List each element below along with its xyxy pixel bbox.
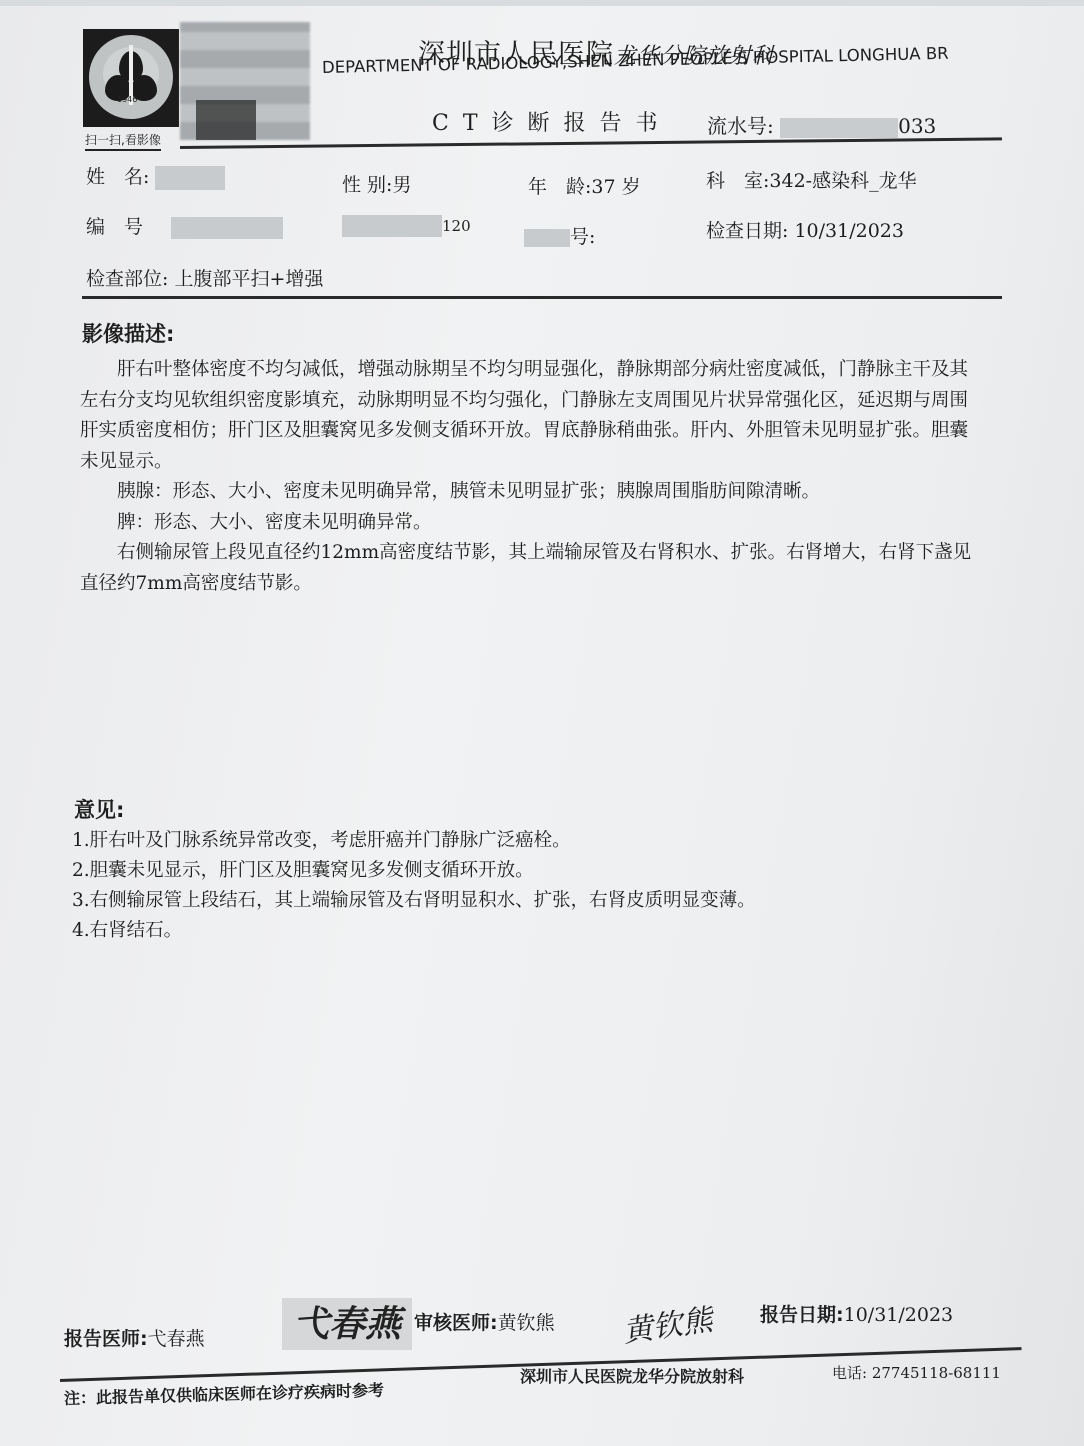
report-date-field: 报告日期:10/31/2023	[760, 1300, 953, 1327]
age-label: 年 龄:	[528, 176, 591, 198]
exam-part-field: 检查部位: 上腹部平扫+增强	[86, 264, 323, 291]
dept-label: 科 室:	[706, 170, 769, 192]
report-date-value: 10/31/2023	[844, 1304, 954, 1326]
gender-field: 性 别:男	[342, 170, 411, 197]
disclaimer-note: 注：此报告单仅供临床医师在诊疗疾病时参考	[64, 1378, 385, 1409]
redacted-mask	[155, 166, 225, 190]
reporter-name: 弋春燕	[148, 1328, 205, 1350]
findings-heading: 影像描述:	[82, 318, 174, 348]
impression-item: 3.右侧输尿管上段结石，其上端输尿管及右肾明显积水、扩张，右肾皮质明显变薄。	[72, 886, 756, 916]
report-title: CT诊断报告书	[432, 106, 672, 137]
hospital-logo-icon: 1946	[83, 29, 179, 127]
secondary-id-suffix: 120	[442, 217, 471, 235]
logo-year: 1946	[117, 95, 137, 104]
qr-code-corner	[196, 100, 256, 140]
patient-name-field: 姓 名:	[86, 162, 225, 190]
impression-list: 1.肝右叶及门脉系统异常改变，考虑肝癌并门静脉广泛癌栓。 2.胆囊未见显示，肝门…	[72, 826, 756, 946]
age-field: 年 龄:37 岁	[528, 172, 641, 199]
impression-item: 2.胆囊未见显示，肝门区及胆囊窝见多发侧支循环开放。	[72, 856, 756, 886]
impression-item: 1.肝右叶及门脉系统异常改变，考虑肝癌并门静脉广泛癌栓。	[72, 826, 756, 856]
findings-paragraph-kidney: 右侧输尿管上段见直径约12mm高密度结节影，其上端输尿管及右肾积水、扩张。右肾增…	[80, 538, 980, 599]
redacted-mask	[171, 217, 283, 239]
ct-report-page: 1946 扫一扫,看影像 深圳市人民医院龙华分院放射科 DEPARTMENT O…	[0, 0, 1084, 1446]
dept-value: 342-感染科_龙华	[769, 170, 916, 192]
serial-number: 流水号: 033	[707, 110, 936, 139]
findings-paragraph-pancreas: 胰腺：形态、大小、密度未见明确异常，胰管未见明显扩张；胰腺周围脂肪间隙清晰。	[80, 477, 980, 508]
info-divider	[82, 296, 1002, 299]
phone-value: 27745118-68111	[872, 1364, 1001, 1382]
exam-date-value: 10/31/2023	[794, 220, 904, 242]
bed-number-field: 号:	[524, 222, 595, 249]
department-field: 科 室:342-感染科_龙华	[706, 166, 917, 193]
exam-part-label: 检查部位:	[86, 268, 168, 290]
serial-label: 流水号:	[707, 114, 774, 138]
patient-id-field: 编 号	[86, 212, 283, 239]
age-value: 37 岁	[591, 176, 640, 198]
exam-date-label: 检查日期:	[706, 220, 788, 242]
footer-phone: 电话: 27745118-68111	[832, 1362, 1001, 1383]
footer-department: 深圳市人民医院龙华分院放射科	[520, 1364, 744, 1387]
paper-edge	[0, 0, 1084, 6]
report-date-label: 报告日期:	[760, 1304, 844, 1326]
reviewer-signature: 黄钦熊	[620, 1289, 755, 1351]
secondary-id-field: 120	[342, 214, 471, 237]
reviewer-field: 审核医师:黄钦熊	[414, 1308, 555, 1335]
phone-label: 电话:	[832, 1364, 867, 1382]
id-label: 编 号	[86, 216, 143, 238]
bed-label: 号:	[570, 226, 595, 248]
reviewer-label: 审核医师:	[414, 1312, 498, 1334]
exam-part-value: 上腹部平扫+增强	[174, 268, 323, 290]
scan-caption: 扫一扫,看影像	[85, 131, 161, 151]
findings-paragraph-liver: 肝右叶整体密度不均匀减低，增强动脉期呈不均匀明显强化，静脉期部分病灶密度减低，门…	[80, 355, 980, 477]
exam-date-field: 检查日期: 10/31/2023	[706, 216, 904, 243]
reporter-label: 报告医师:	[64, 1328, 148, 1350]
redacted-mask	[342, 215, 442, 237]
impression-heading: 意见:	[74, 794, 124, 824]
serial-value: 033	[898, 114, 936, 138]
redacted-mask	[524, 229, 570, 247]
reporter-signature: 弋春燕	[282, 1298, 412, 1350]
impression-item: 4.右肾结石。	[72, 916, 756, 946]
name-label: 姓 名:	[86, 166, 149, 188]
redacted-mask	[780, 118, 898, 138]
findings-text: 肝右叶整体密度不均匀减低，增强动脉期呈不均匀明显强化，静脉期部分病灶密度减低，门…	[80, 355, 980, 599]
gender-value: 男	[392, 174, 411, 196]
gender-label: 性 别:	[342, 174, 392, 196]
findings-paragraph-spleen: 脾：形态、大小、密度未见明确异常。	[80, 508, 980, 539]
reviewer-name: 黄钦熊	[498, 1312, 555, 1334]
reporter-field: 报告医师:弋春燕	[64, 1324, 205, 1351]
